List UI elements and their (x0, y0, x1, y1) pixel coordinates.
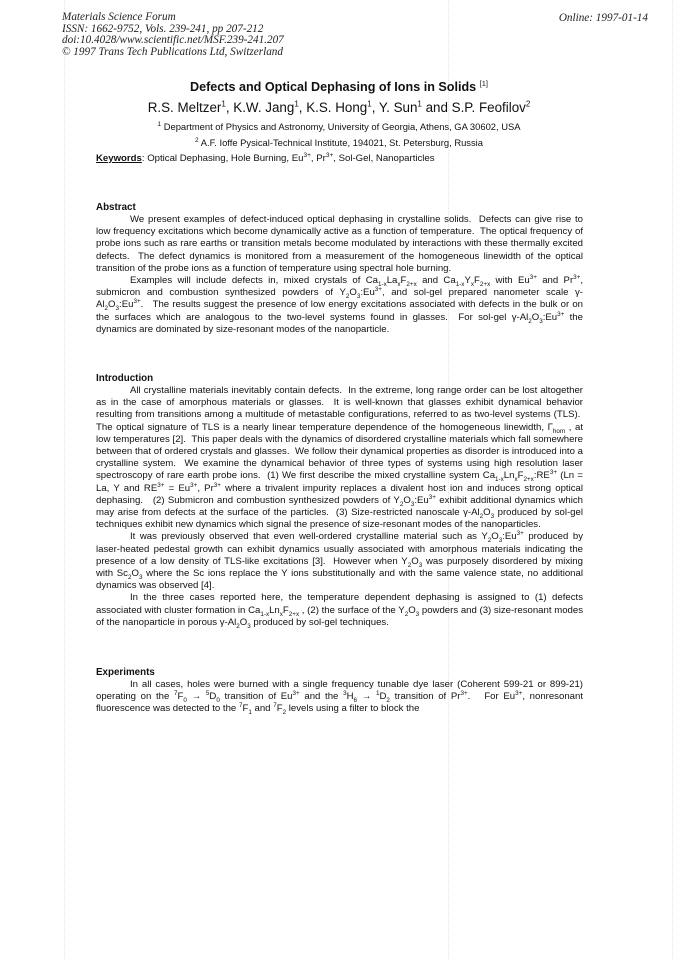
experiments-paragraph: In all cases, holes were burned with a s… (96, 679, 583, 716)
keywords: Keywords: Optical Dephasing, Hole Burnin… (96, 153, 435, 164)
experiments-section: Experiments In all cases, holes were bur… (96, 667, 583, 716)
abstract-heading: Abstract (96, 202, 583, 214)
author: Y. Sun (379, 100, 417, 115)
experiments-heading: Experiments (96, 667, 583, 679)
keywords-label: Keywords (96, 153, 142, 164)
journal-copyright: © 1997 Trans Tech Publications Ltd, Swit… (62, 47, 284, 59)
affiliation-text: A.F. Ioffe Pysical-Technical Institute, … (201, 137, 483, 148)
author-affiliation-mark: 1 (367, 100, 371, 109)
journal-info: Materials Science Forum ISSN: 1662-9752,… (62, 12, 284, 58)
author: S.P. Feofilov (452, 100, 526, 115)
author-affiliation-mark: 1 (417, 100, 421, 109)
abstract-paragraph: We present examples of defect-induced op… (96, 214, 583, 275)
keywords-list: Optical Dephasing, Hole Burning, Eu3+, P… (147, 153, 434, 164)
affiliation-mark: 2 (195, 137, 199, 144)
paper-title: Defects and Optical Dephasing of Ions in… (0, 80, 678, 94)
author-list: R.S. Meltzer1, K.W. Jang1, K.S. Hong1, Y… (0, 100, 678, 115)
abstract-paragraph: Examples will include defects in, mixed … (96, 275, 583, 336)
affiliation-text: Department of Physics and Astronomy, Uni… (164, 121, 521, 132)
introduction-paragraph: It was previously observed that even wel… (96, 531, 583, 592)
affiliation-2: 2 A.F. Ioffe Pysical-Technical Institute… (0, 137, 678, 148)
introduction-paragraph: In the three cases reported here, the te… (96, 592, 583, 629)
title-footnote-mark: [1] (480, 79, 488, 88)
author: R.S. Meltzer (148, 100, 222, 115)
author-affiliation-mark: 2 (526, 100, 530, 109)
paper-title-text: Defects and Optical Dephasing of Ions in… (190, 80, 476, 94)
author-affiliation-mark: 1 (294, 100, 298, 109)
online-date: Online: 1997-01-14 (559, 12, 648, 24)
introduction-section: Introduction All crystalline materials i… (96, 373, 583, 629)
affiliation-1: 1 Department of Physics and Astronomy, U… (0, 121, 678, 132)
introduction-heading: Introduction (96, 373, 583, 385)
abstract-section: Abstract We present examples of defect-i… (96, 202, 583, 336)
author: K.S. Hong (306, 100, 367, 115)
journal-name: Materials Science Forum (62, 12, 284, 24)
affiliation-mark: 1 (157, 121, 161, 128)
introduction-paragraph: All crystalline materials inevitably con… (96, 385, 583, 531)
author: K.W. Jang (233, 100, 294, 115)
author-affiliation-mark: 1 (221, 100, 225, 109)
